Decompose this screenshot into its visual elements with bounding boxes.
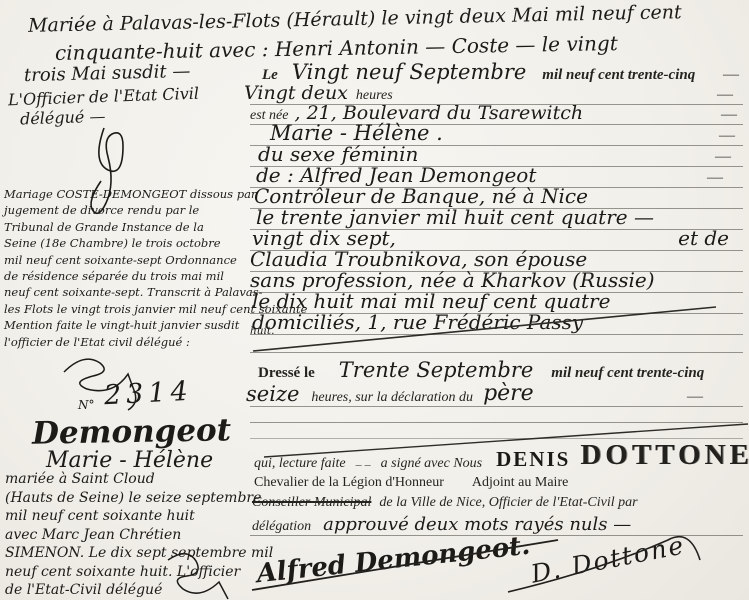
simenon-mention-line: (Hauts de Seine) le seize septembre: [5, 489, 273, 508]
form-row-dresse: Dressé le Trente Septembre mil neuf cent…: [250, 356, 743, 382]
printed-adjoint: Adjoint au Maire: [472, 475, 568, 491]
printed-ville-de-nice: de la Ville de Nice, Officier de l'Etat-…: [379, 495, 637, 511]
civil-register-scan: Mariée à Palavas-les-Flots (Hérault) le …: [0, 0, 749, 600]
form-row-declaration: seize heures, sur la déclaration du père…: [250, 382, 743, 407]
hw-pere-declarant: père: [483, 381, 534, 406]
printed-delegation: délégation: [252, 519, 311, 535]
filler-dashes: – –: [356, 457, 371, 472]
hw-domicile: domiciliés, 1, rue Frédéric Passy: [252, 310, 583, 334]
printed-declaration: heures, sur la déclaration du: [311, 390, 473, 406]
form-row-empty2: [250, 406, 743, 423]
hw-approuve-rayes: approuvé deux mots rayés nuls —: [323, 514, 631, 535]
filler-dash: —: [687, 388, 703, 406]
simenon-mention: mariée à Saint Cloud (Hauts de Seine) le…: [5, 470, 273, 600]
simenon-mention-line: mil neuf cent soixante huit: [5, 507, 273, 526]
filler-dash: —: [721, 106, 737, 124]
hw-date-naissance: Vingt neuf Septembre: [292, 60, 526, 84]
simenon-mention-line: SIMENON. Le dix sept septembre mil: [5, 544, 273, 563]
printed-conseiller-struck: Conseiller Municipal: [252, 495, 371, 511]
officer-note-line2: délégué —: [20, 107, 106, 129]
simenon-mention-line: avec Marc Jean Chrétien: [5, 526, 273, 545]
hw-date-dresse: Trente Septembre: [339, 358, 534, 382]
printed-a-signe: a signé avec Nous: [381, 456, 482, 472]
closing-row-titres: Chevalier de la Légion d'Honneur Adjoint…: [250, 473, 743, 491]
filler-dash: —: [717, 86, 733, 104]
officer-stamp-firstname: DENIS: [496, 447, 570, 472]
hw-et-de: et de: [678, 226, 729, 250]
simenon-mention-line: mariée à Saint Cloud: [5, 470, 273, 489]
filler-dash: —: [723, 66, 739, 84]
officer-stamp-lastname: DOTTONE: [580, 439, 749, 472]
printed-lecture-faite: qui, lecture faite: [254, 456, 346, 472]
closing-row-signe: qui, lecture faite – – a signé avec Nous…: [250, 442, 743, 472]
hw-seize: seize: [246, 382, 299, 406]
form-row-empty3: [250, 422, 743, 439]
top-mention-line3: trois Mai susdit —: [24, 61, 191, 86]
record-number: 2314: [103, 376, 193, 412]
printed-chevalier: Chevalier de la Légion d'Honneur: [254, 475, 444, 491]
filler-dash: —: [719, 127, 735, 145]
printed-annee-dresse: mil neuf cent trente-cinq: [551, 365, 704, 382]
officer-note-line1: L'Officier de l'Etat Civil: [8, 84, 200, 110]
simenon-mention-line: de l'Etat-Civil délégué: [5, 581, 273, 600]
record-number-label: N°: [78, 398, 95, 412]
filler-dash: —: [707, 169, 723, 187]
filler-dash: —: [715, 148, 731, 166]
printed-dresse-le: Dressé le: [258, 365, 315, 382]
printed-annee: mil neuf cent trente-cinq: [542, 67, 695, 84]
closing-row-qualite: Conseiller Municipal de la Ville de Nice…: [250, 492, 743, 511]
form-row-empty1: [250, 334, 743, 353]
margin-surname: Demongeot: [32, 412, 232, 451]
hw-heure: Vingt deux: [244, 82, 348, 104]
form-row-domicile: domiciliés, 1, rue Frédéric Passy: [250, 313, 743, 335]
father-signature: Alfred Demongeot.: [255, 531, 531, 590]
form-row-date-acte: Le Vingt neuf Septembre mil neuf cent tr…: [250, 56, 743, 84]
officer-signature: D. Dottone: [529, 530, 688, 588]
simenon-mention-line: neuf cent soixante huit. L'officier: [5, 563, 273, 582]
